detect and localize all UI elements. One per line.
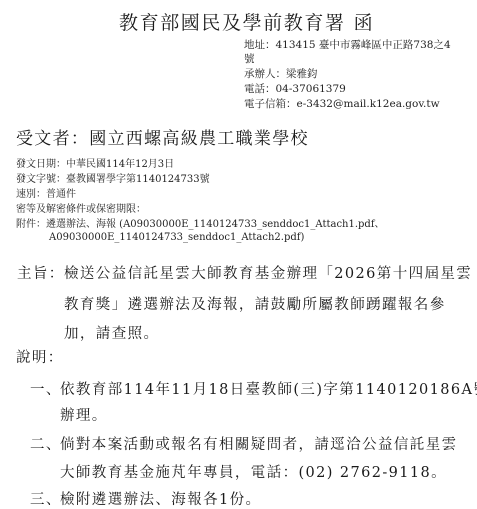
document-number: 發文字號：臺教國署學字第1140124733號 — [16, 172, 210, 187]
item-line: 檢附遴選辦法、海報各1份。 — [60, 488, 261, 509]
explanation-label: 說明： — [16, 346, 64, 367]
attachments: 附件：遴選辦法、海報 (A09030000E_1140124733_senddo… — [16, 217, 385, 232]
document-title: 教育部國民及學前教育署函 — [119, 8, 374, 35]
address-continued: 號 — [244, 52, 255, 66]
item-line: 大師教育基金施芃年專員，電話：(02) 2762-9118。 — [60, 461, 447, 482]
item-number: 二、 — [30, 433, 62, 454]
contact-person: 承辦人：梁雅鈞 — [244, 67, 318, 81]
recipient: 受文者：國立西螺高級農工職業學校 — [16, 124, 309, 149]
item-line: 倘對本案活動或報名有相關疑問者，請逕洽公益信託星雲 — [60, 433, 458, 454]
email: 電子信箱：e-3432@mail.k12ea.gov.tw — [244, 97, 440, 111]
document-type: 函 — [354, 12, 375, 34]
item-line: 依教育部114年11月18日臺教師(三)字第1140120186A號函 — [60, 378, 477, 399]
issuing-agency: 教育部國民及學前教育署 — [119, 12, 346, 34]
subject-line: 教育獎」遴選辦法及海報，請鼓勵所屬教師踴躍報名參 — [64, 293, 446, 314]
subject-line: 檢送公益信託星雲大師教育基金辦理「2026第十四屆星雲 — [64, 262, 472, 283]
subject-line: 加，請查照。 — [64, 322, 159, 343]
item-number: 三、 — [30, 488, 62, 509]
subject-label: 主旨： — [17, 262, 65, 283]
item-line: 辦理。 — [60, 404, 108, 425]
delivery-speed: 速別：普通件 — [16, 187, 76, 202]
phone: 電話：04-37061379 — [244, 82, 346, 96]
attachments-continued: A09030000E_1140124733_senddoc1_Attach2.p… — [49, 232, 304, 243]
item-number: 一、 — [30, 378, 62, 399]
issue-date: 發文日期：中華民國114年12月3日 — [16, 157, 174, 172]
address: 地址：413415 臺中市霧峰區中正路738之4 — [244, 38, 451, 52]
secrecy-level: 密等及解密條件或保密期限： — [16, 202, 146, 217]
